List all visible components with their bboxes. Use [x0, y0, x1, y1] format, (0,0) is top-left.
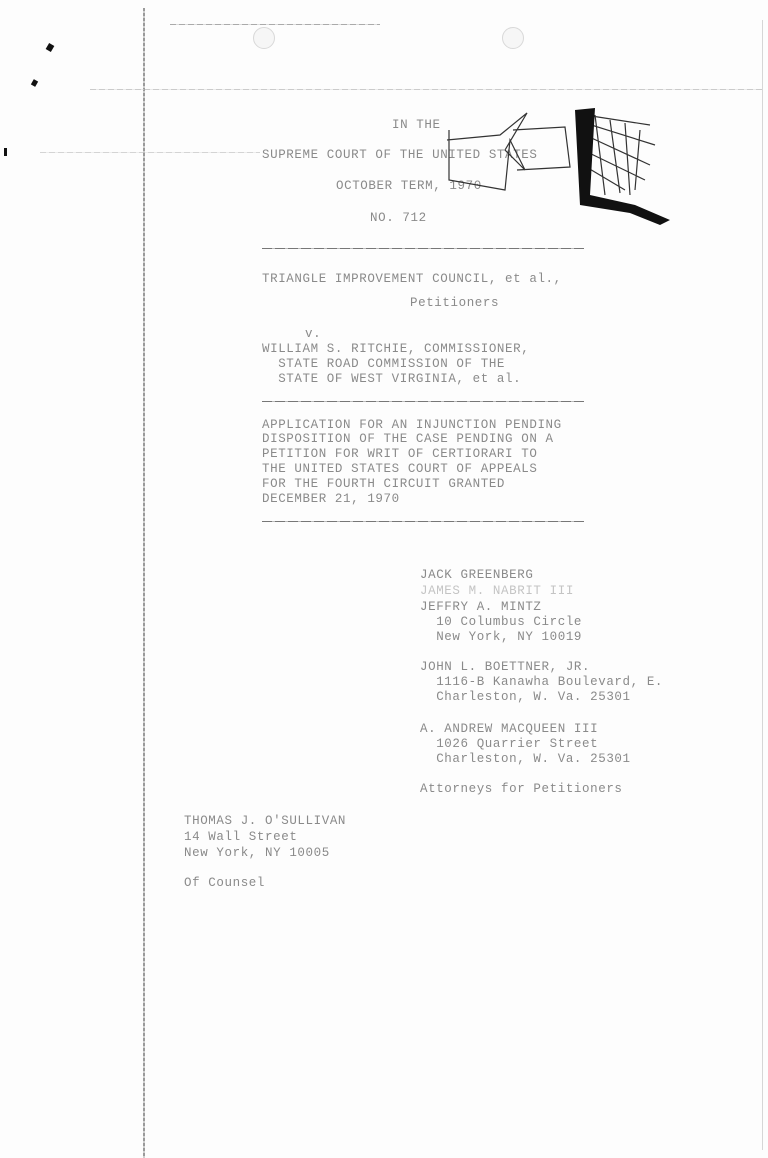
respondent-line: WILLIAM S. RITCHIE, COMMISSIONER, [262, 341, 529, 357]
attorney-line: JAMES M. NABRIT III [420, 583, 574, 599]
attorney-line: JACK GREENBERG [420, 567, 533, 583]
attorney-line: JEFFRY A. MINTZ [420, 599, 542, 615]
attorney-address: New York, NY 10019 [420, 629, 582, 645]
fold-line [90, 89, 762, 90]
hand-drawn-doodle [445, 105, 675, 225]
page-edge-line [762, 20, 763, 1150]
title-line: PETITION FOR WRIT OF CERTIORARI TO [262, 446, 537, 462]
respondent-line: STATE OF WEST VIRGINIA, et al. [262, 371, 521, 387]
attorney-address: 1026 Quarrier Street [420, 736, 598, 752]
attorney-address: 1116-B Kanawha Boulevard, E. [420, 674, 663, 690]
attorney-line: A. ANDREW MACQUEEN III [420, 721, 598, 737]
divider [262, 521, 584, 522]
petitioner-role: Petitioners [410, 295, 499, 311]
title-line: DECEMBER 21, 1970 [262, 491, 400, 507]
punch-hole [502, 27, 524, 49]
attorney-line: JOHN L. BOETTNER, JR. [420, 659, 590, 675]
fold-line [40, 152, 260, 153]
counsel-role: Of Counsel [184, 875, 265, 891]
divider [262, 248, 584, 249]
caption-in-the: IN THE [392, 117, 441, 133]
title-line: DISPOSITION OF THE CASE PENDING ON A [262, 431, 554, 447]
counsel-address: 14 Wall Street [184, 829, 297, 845]
case-number: NO. 712 [370, 210, 427, 226]
attorney-address: Charleston, W. Va. 25301 [420, 751, 631, 767]
ink-speck [46, 43, 55, 52]
fold-line [170, 24, 380, 25]
attorney-address: 10 Columbus Circle [420, 614, 582, 630]
attorney-address: Charleston, W. Va. 25301 [420, 689, 631, 705]
counsel-address: New York, NY 10005 [184, 845, 330, 861]
punch-hole [253, 27, 275, 49]
title-line: FOR THE FOURTH CIRCUIT GRANTED [262, 476, 505, 492]
divider [262, 401, 584, 402]
document-page: IN THE SUPREME COURT OF THE UNITED STATE… [0, 0, 768, 1158]
versus: v. [305, 326, 321, 342]
margin-line [143, 8, 145, 1158]
attorneys-role: Attorneys for Petitioners [420, 781, 623, 797]
title-line: THE UNITED STATES COURT OF APPEALS [262, 461, 537, 477]
respondent-line: STATE ROAD COMMISSION OF THE [262, 356, 505, 372]
ink-speck [31, 79, 38, 87]
petitioner-name: TRIANGLE IMPROVEMENT COUNCIL, et al., [262, 271, 562, 287]
ink-speck [4, 148, 7, 156]
counsel-line: THOMAS J. O'SULLIVAN [184, 813, 346, 829]
